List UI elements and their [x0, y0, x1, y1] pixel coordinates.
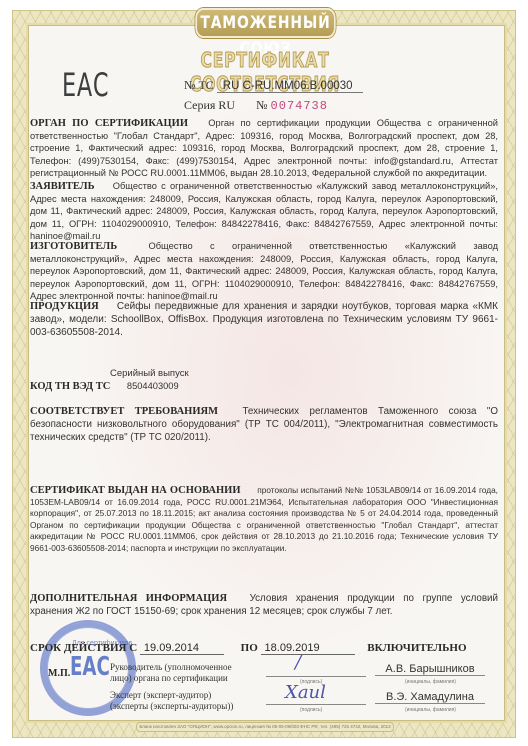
head-signature-line [266, 676, 366, 677]
certificate-number: № ТС RU C-RU.MM06.B.00030 [184, 78, 363, 93]
section-additional: ДОПОЛНИТЕЛЬНАЯ ИНФОРМАЦИЯ Условия хранен… [30, 592, 498, 618]
name-caption: (инициалы, фамилия) [405, 679, 456, 685]
section-text: Общество с ограниченной ответственностью… [30, 181, 498, 241]
expert-signature: Xaul [285, 682, 326, 703]
expert-name: В.Э. Хамадулина [375, 691, 485, 704]
customs-union-banner: ТАМОЖЕННЫЙ СОЮЗ [195, 8, 335, 38]
section-label: СЕРТИФИКАТ ВЫДАН НА ОСНОВАНИИ [30, 485, 241, 496]
serial-label: № [256, 98, 267, 112]
serial-release: Серийный выпуск [110, 368, 189, 379]
serial-value: 0074738 [271, 99, 328, 113]
head-name: А.В. Барышников [375, 663, 485, 676]
series-value: RU [218, 98, 235, 112]
section-compliance: СООТВЕТСТВУЕТ ТРЕБОВАНИЯМ Технических ре… [30, 405, 498, 444]
section-manufacturer: ИЗГОТОВИТЕЛЬ Общество с ограниченной отв… [30, 240, 498, 302]
section-organ: ОРГАН ПО СЕРТИФИКАЦИИ Орган по сертифика… [30, 117, 498, 179]
section-label: ДОПОЛНИТЕЛЬНАЯ ИНФОРМАЦИЯ [30, 593, 227, 604]
certificate-series: Серия RU № 0074738 [184, 98, 328, 113]
validity-to-label: ПО [241, 642, 258, 654]
section-applicant: ЗАЯВИТЕЛЬ Общество с ограниченной ответс… [30, 180, 498, 242]
validity-from-date: 19.09.2014 [140, 642, 224, 655]
validity-from-label: СРОК ДЕЙСТВИЯ С [30, 642, 137, 654]
section-label: ЗАЯВИТЕЛЬ [30, 181, 95, 192]
series-label: Серия [184, 98, 215, 112]
number-value: RU C-RU.MM06.B.00030 [217, 80, 363, 93]
section-label: КОД ТН ВЭД ТС [30, 381, 110, 392]
expert-signature-row: Эксперт (эксперт-аудитор) (эксперты (экс… [30, 688, 500, 718]
section-label: ПРОДУКЦИЯ [30, 301, 99, 312]
section-label: ИЗГОТОВИТЕЛЬ [30, 241, 117, 252]
section-text: 8504403009 [127, 381, 179, 391]
section-text: Сейфы передвижные для хранения и зарядки… [30, 301, 498, 338]
section-label: ОРГАН ПО СЕРТИФИКАЦИИ [30, 118, 188, 129]
validity-period: СРОК ДЕЙСТВИЯ С 19.09.2014 ПО 18.09.2019… [30, 642, 500, 655]
name-caption: (инициалы, фамилия) [405, 707, 456, 713]
section-label: СООТВЕТСТВУЕТ ТРЕБОВАНИЯМ [30, 406, 218, 417]
section-code: КОД ТН ВЭД ТС 8504403009 [30, 380, 498, 393]
validity-inclusive-label: ВКЛЮЧИТЕЛЬНО [367, 642, 466, 654]
section-basis: СЕРТИФИКАТ ВЫДАН НА ОСНОВАНИИ протоколы … [30, 485, 498, 555]
signature-caption: (подпись) [300, 707, 322, 713]
head-signature: / [295, 652, 301, 673]
head-signature-row: Руководитель (уполномоченное лицо) орган… [30, 660, 500, 690]
number-label: № ТС [184, 78, 214, 92]
section-product: ПРОДУКЦИЯ Сейфы передвижные для хранения… [30, 300, 498, 339]
form-footer: Бланк изготовлен ЗАО "ОПЦИОН", www.opcio… [136, 722, 394, 732]
validity-to-date: 18.09.2019 [261, 642, 355, 655]
eac-logo-icon: ЕАС [62, 66, 109, 104]
expert-label: Эксперт (эксперт-аудитор) (эксперты (экс… [110, 690, 250, 712]
expert-signature-line [266, 704, 366, 705]
head-label: Руководитель (уполномоченное лицо) орган… [110, 662, 240, 684]
